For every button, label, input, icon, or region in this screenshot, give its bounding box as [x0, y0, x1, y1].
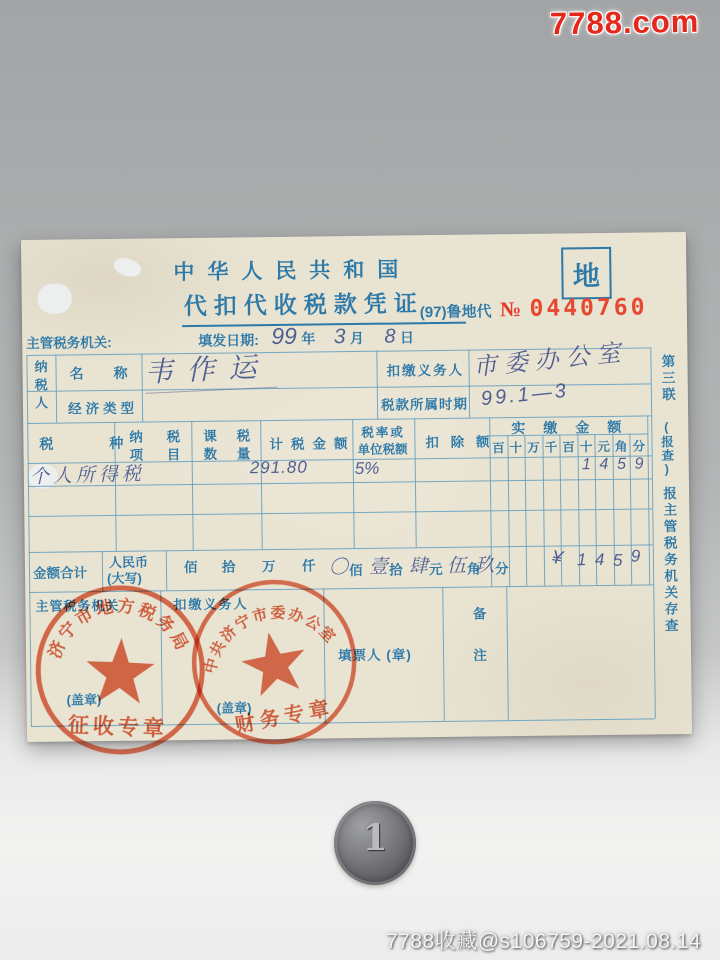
amount-unit-group: 壹 拾	[369, 553, 403, 580]
region-type-char: 地	[573, 254, 600, 293]
total-digit-hw: 9	[631, 547, 641, 567]
name-value-hw: 韦作运	[144, 345, 278, 394]
digit-unit: 十	[507, 438, 525, 456]
paid-digit	[542, 457, 560, 475]
amount-pre-hw: 伍	[447, 551, 466, 578]
total-digit-hw: 5	[613, 551, 623, 571]
stamp2-bottom-text: 财务专章	[233, 695, 336, 737]
grid-line	[55, 355, 57, 423]
row-tax-type-hw: 个人所得税	[29, 459, 145, 489]
footer-notes-label: 备注	[467, 606, 488, 689]
collection-watermark: 7788收藏@s106759-2021.08.14	[386, 925, 701, 955]
digit-unit: 百	[560, 437, 578, 455]
amount-pre-hw: 壹	[369, 552, 388, 579]
row-paid-digits: 1 4 5 9	[490, 455, 648, 475]
col-paid-amount: 实缴金额	[511, 417, 639, 439]
grid-line	[28, 508, 652, 517]
paid-digit	[490, 457, 508, 475]
paid-digit	[507, 457, 525, 475]
total-digit-hw: 4	[595, 550, 605, 570]
copy-purpose-label: (报查)	[657, 420, 676, 477]
grid-line	[260, 420, 263, 549]
serial-prefix: (97)鲁地代	[420, 303, 492, 321]
authority-label: 主管税务机关:	[26, 331, 112, 352]
col-rate-l2: 单位税额	[357, 439, 407, 458]
date-day-hw: 8	[384, 326, 395, 348]
withholder-label: 扣缴义务人	[386, 359, 464, 380]
grid-line	[647, 415, 650, 584]
grid-line	[414, 418, 417, 547]
paid-digit: 5	[613, 456, 631, 474]
region-type-box: 地	[561, 247, 612, 300]
econ-type-label: 经济类型	[68, 397, 138, 418]
paid-digit: 9	[630, 455, 648, 473]
tax-period-label: 税款所属时期	[381, 393, 468, 414]
grid-line	[191, 421, 194, 550]
digit-unit: 万	[525, 438, 543, 456]
serial-number: 0440760	[529, 294, 647, 321]
grid-line	[650, 347, 656, 718]
total-digit-hw: 1	[577, 550, 587, 570]
taxpayer-vertical-label: 纳税人	[30, 360, 50, 414]
digit-unit: 角	[612, 437, 630, 455]
copy-number-label: 第三联	[656, 354, 677, 404]
paper-tear	[37, 283, 71, 313]
paid-digit: 1	[577, 456, 595, 474]
stamp1-bottom-text: 征收专章	[67, 713, 168, 741]
digit-unit: 百	[489, 438, 507, 456]
grid-line	[376, 351, 378, 419]
grid-line	[442, 587, 445, 721]
amount-unit: 分	[495, 557, 509, 577]
date-month-hw: 3	[334, 325, 346, 348]
paper-tear	[111, 255, 143, 280]
amount-pre-hw: 肆	[409, 551, 428, 578]
col-deduction: 扣 除 额	[425, 430, 493, 451]
amount-unit-group: 肆 元	[409, 553, 443, 580]
serial-no-symbol: №	[500, 297, 521, 321]
date-day-unit: 日	[400, 329, 414, 345]
row-rate-hw: 5%	[355, 459, 380, 479]
amount-unit-group: 玖 分	[475, 552, 509, 579]
title-line1: 中华人民共和国	[173, 253, 411, 286]
digit-unit: 元	[595, 437, 613, 455]
photo-canvas: 中华人民共和国 代扣代收税款凭证 地 (97)鲁地代 № 0440760 主管税…	[0, 0, 720, 960]
copy-routing-label: 报主管税务机关存查	[658, 486, 680, 635]
paid-digit	[560, 456, 578, 474]
date-year-unit: 年	[301, 330, 315, 346]
amount-unit: 佰	[184, 556, 198, 576]
paid-digit: 4	[595, 456, 613, 474]
amount-unit-group: 拾	[221, 555, 236, 575]
digit-unit: 分	[630, 436, 648, 454]
star-icon	[85, 637, 156, 704]
grid-line	[468, 350, 470, 418]
amount-unit: 拾	[389, 558, 403, 578]
star-icon	[237, 627, 311, 699]
tax-certificate-document: 中华人民共和国 代扣代收税款凭证 地 (97)鲁地代 № 0440760 主管税…	[21, 232, 692, 742]
date-month-unit: 月	[350, 330, 364, 346]
total-currency-symbol-hw: ¥	[551, 547, 564, 570]
site-watermark: 7788.com	[550, 4, 700, 43]
digit-units-row: 百 十 万 千 百 十 元 角 分	[489, 436, 647, 456]
row-taxable-amount-hw: 291.80	[250, 458, 308, 479]
amount-unit-group: 佰	[183, 556, 198, 576]
coin-photo: 1	[334, 801, 416, 885]
col-rate-l1: 税率或	[361, 422, 405, 441]
amount-pre-hw: 玖	[475, 550, 494, 577]
serial-line: (97)鲁地代 № 0440760	[420, 294, 648, 323]
paid-digit	[525, 457, 543, 475]
digit-unit: 十	[577, 437, 595, 455]
withholder-value-hw: 市委办公室	[471, 332, 629, 382]
withholder-finance-stamp: 中共济宁市委办公室 财务专章	[171, 559, 377, 765]
amount-unit: 元	[429, 558, 443, 578]
col-taxable-amount: 计税金额	[269, 432, 355, 453]
coin-numeral: 1	[334, 817, 416, 859]
grid-line	[506, 586, 509, 720]
amount-unit: 佰	[349, 559, 363, 579]
digit-unit: 千	[542, 438, 560, 456]
amount-unit: 拾	[222, 555, 236, 575]
